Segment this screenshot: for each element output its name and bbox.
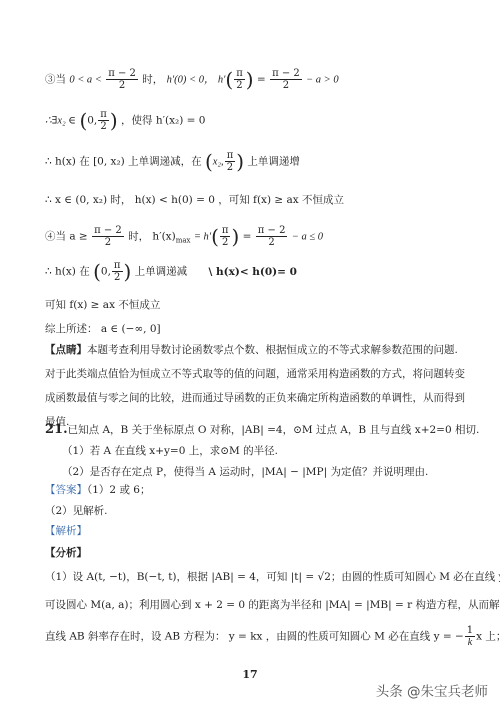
comment-paragraph: 【点睛】本题考查利用导数讨论函数零点个数、根据恒成立的不等式求解参数范围的问题.… xyxy=(45,338,465,434)
monotonic-line: ∴ h(x) 在 [0, x₂) 上单调递减，在 (x₂,π2) 上单调递增 xyxy=(45,150,300,173)
case-4-line: ④当 a ≥ π − 22 时， h′(x)max = h′(π2) = π −… xyxy=(45,225,323,248)
comment-label: 【点睛】 xyxy=(45,344,87,356)
not-hold-line: 可知 f(x) ≥ ax 不恒成立 xyxy=(45,298,160,312)
problem-21-q1: （1）若 A 在直线 x+y=0 上，求⊙M 的半径. xyxy=(62,444,278,458)
watermark: 头条 @朱宝兵老师 xyxy=(376,680,488,700)
answer-line: 【答案】（1）2 或 6； xyxy=(45,483,150,497)
case-3-line: ③当 0 < a < π − 22 时， h′(0) < 0， h′(π2) =… xyxy=(45,68,339,91)
conclusion-line: ∴ x ∈ (0, x₂) 时， h(x) < h(0) = 0 ，可知 f(x… xyxy=(45,193,344,207)
text: ③当 xyxy=(45,74,66,86)
fenxi-label: 【分析】 xyxy=(45,546,87,560)
fenxi-p3: 直线 AB 斜率存在时，设 AB 方程为： y = kx ，由圆的性质可知圆心 … xyxy=(45,625,500,648)
answer-label: 【答案】 xyxy=(45,484,87,496)
decreasing-line: ∴ h(x) 在 (0,π2) 上单调递减 \ h(x)< h(0)= 0 xyxy=(45,260,297,283)
analysis-label: 【解析】 xyxy=(45,524,87,538)
fraction: π − 22 xyxy=(106,68,138,91)
exists-x2-line: ∴∃x₂ ∈ (0,π2) ，使得 h′(x₂) = 0 xyxy=(45,109,205,132)
fenxi-p2: 可设圆心 M(a, a)；利用圆心到 x + 2 = 0 的距离为半径和 |MA… xyxy=(45,598,500,612)
problem-21-q2: （2）是否存在定点 P，使得当 A 运动时，|MA| − |MP| 为定值？并说… xyxy=(62,465,428,479)
problem-21-stem: 21.已知点 A，B 关于坐标原点 O 对称，|AB| =4，⊙M 过点 A，B… xyxy=(45,423,479,437)
fenxi-p1: （1）设 A(t, −t)，B(−t, t)，根据 |AB| = 4，可知 |t… xyxy=(45,570,500,584)
summary-line: 综上所述： a ∈ (−∞, 0] xyxy=(45,322,161,336)
answer-line-2: （2）见解析. xyxy=(45,504,108,518)
